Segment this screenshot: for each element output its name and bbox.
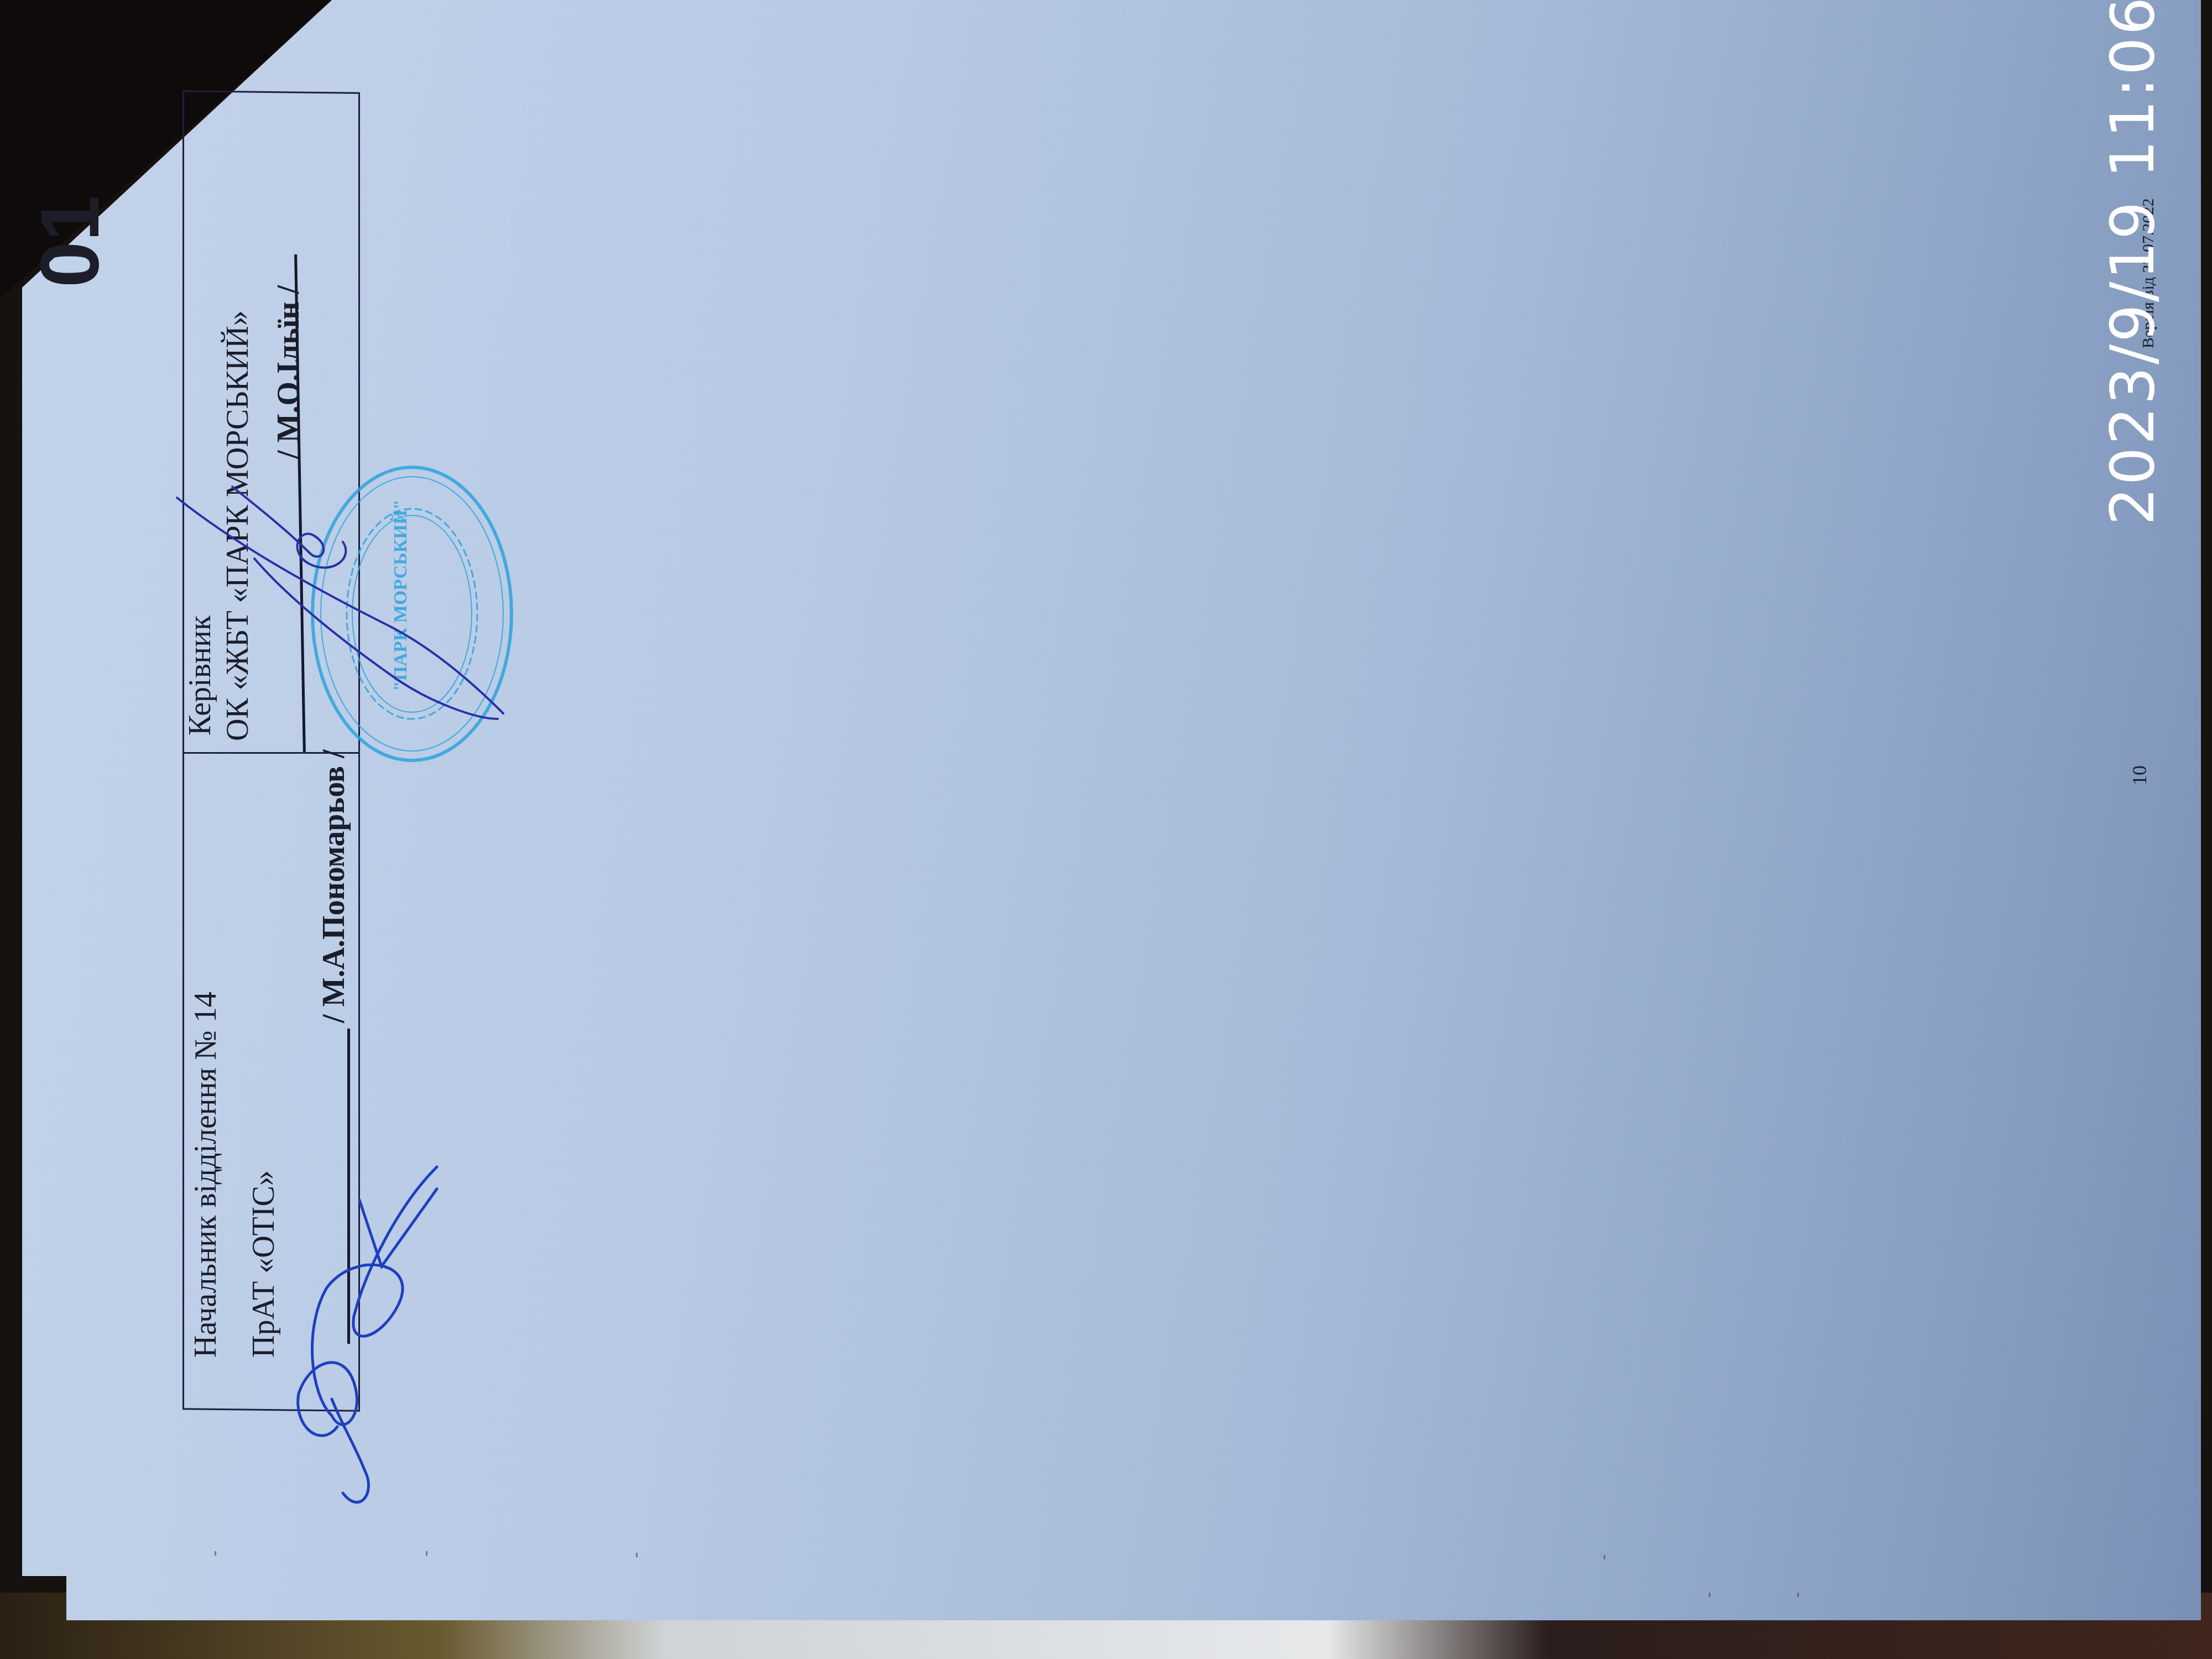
camera-timestamp: 2023/9/19 11:06 [2099,0,2168,525]
paper-mark [636,1553,638,1557]
handwritten-signatures [0,0,2212,1659]
paper-mark [1604,1555,1605,1559]
page-number: 10 [2128,765,2151,785]
paper-mark [1797,1593,1799,1597]
paper-mark [215,1551,216,1556]
paper-mark [1709,1593,1710,1597]
paper-mark [426,1551,427,1556]
